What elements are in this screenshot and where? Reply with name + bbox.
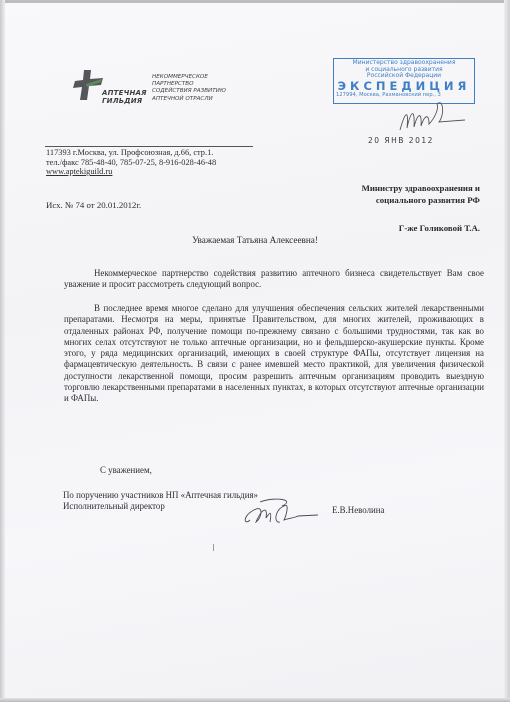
stamp-signature-icon [395,100,465,135]
scan-edge-top [0,0,510,3]
body-paragraph-2: В последнее время многое сделано для улу… [64,303,484,405]
fold-mark [213,544,214,551]
org-logo: АПТЕЧНАЯ ГИЛЬДИЯ [72,70,152,106]
closing: С уважением, [100,465,152,475]
org-description: НЕКОММЕРЧЕСКОЕ ПАРТНЕРСТВО СОДЕЙСТВИЯ РА… [152,74,226,103]
outgoing-reference: Исх. № 74 от 20.01.2012г. [46,200,141,210]
ministry-receipt-stamp: Министерство здравоохранения и социально… [333,58,475,104]
signer-name: Е.В.Неволина [332,505,384,515]
recipient-block: Министру здравоохранения и социального р… [362,182,480,234]
cross-logo-icon [72,70,106,100]
body-paragraph-1: Некоммерческое партнерство содействия ра… [64,268,484,291]
stamp-date: 20 ЯНВ 2012 [368,136,434,145]
sender-phones: тел./факс 785-48-40, 785-07-25, 8-916-02… [46,158,216,168]
scan-edge-left [0,0,5,702]
sender-address-block: 117393 г.Москва, ул. Профсоюзная, д.66, … [46,148,216,177]
scanned-letter-page: АПТЕЧНАЯ ГИЛЬДИЯ НЕКОММЕРЧЕСКОЕ ПАРТНЕРС… [0,0,510,702]
scan-edge-bottom [0,698,510,702]
sender-website-link[interactable]: www.aptekiguild.ru [46,167,216,177]
handwritten-signature-icon [240,498,320,528]
signature-block: По поручению участников НП «Аптечная гил… [63,490,258,512]
salutation: Уважаемая Татьяна Алексеевна! [0,235,510,245]
scan-edge-right [504,0,510,702]
letterhead-divider [45,146,253,147]
recipient-name: Г-же Голиковой Т.А. [362,222,480,234]
logo-name: АПТЕЧНАЯ ГИЛЬДИЯ [102,90,147,105]
sender-address: 117393 г.Москва, ул. Профсоюзная, д.66, … [46,148,216,158]
